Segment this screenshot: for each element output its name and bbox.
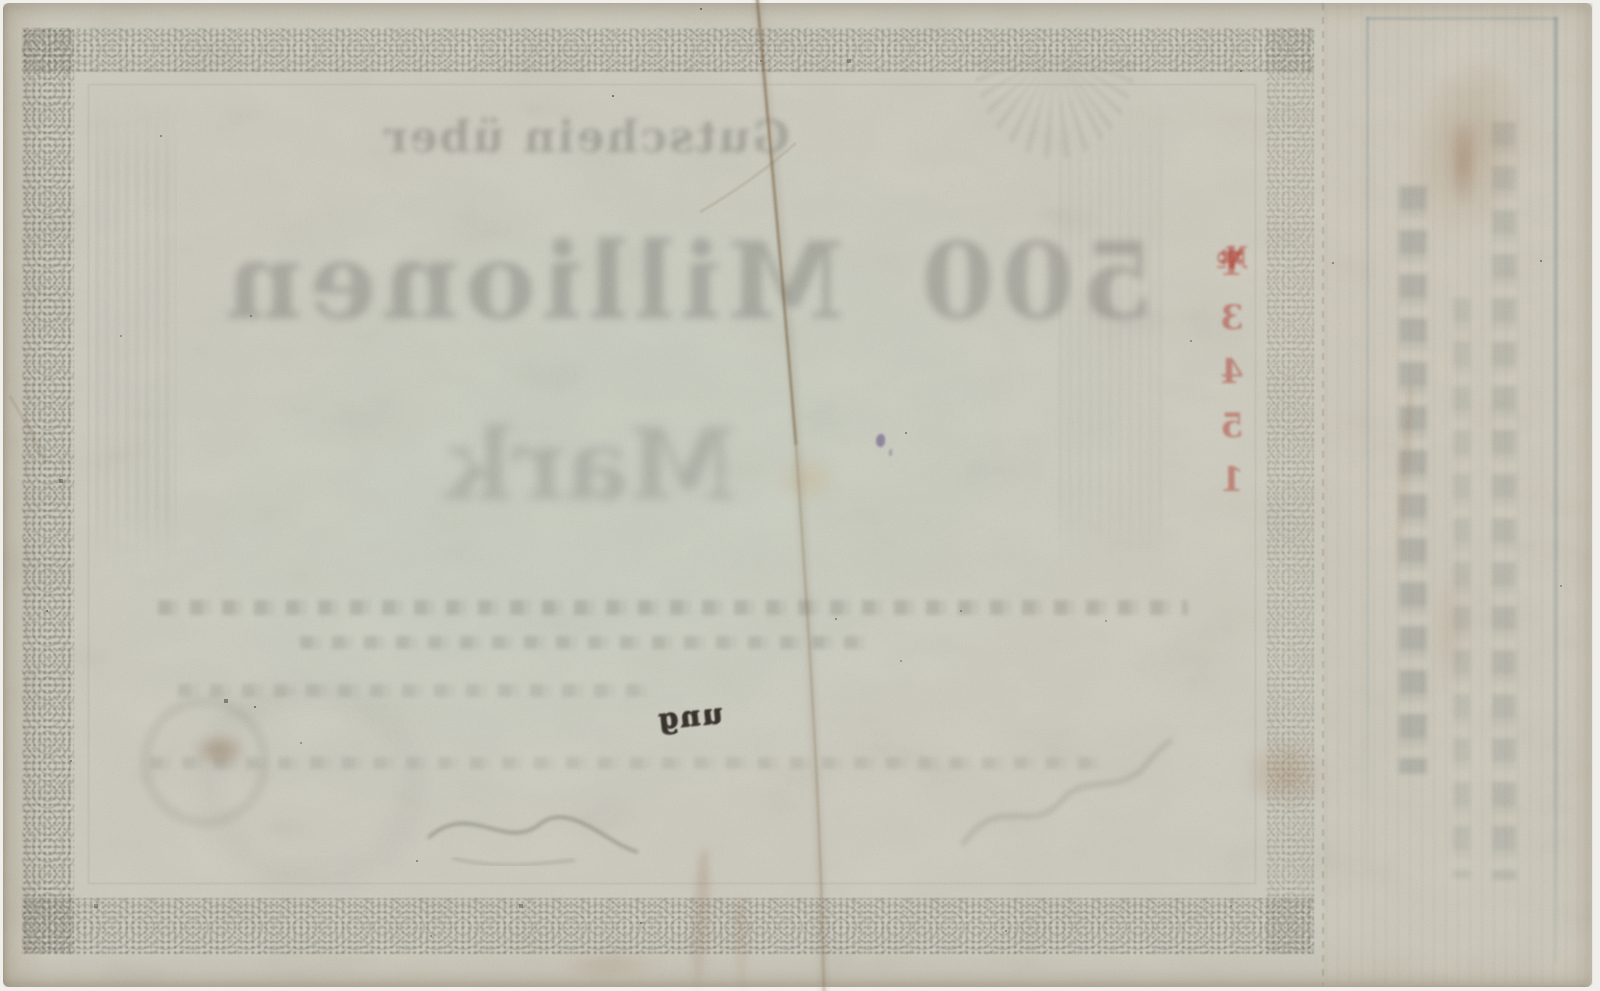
edge-vignette — [3, 3, 1592, 987]
scan-background: Gutschein über 500 Millionen Mark ✱ 1345… — [0, 0, 1600, 991]
foxing-specks — [0, 0, 2, 2]
